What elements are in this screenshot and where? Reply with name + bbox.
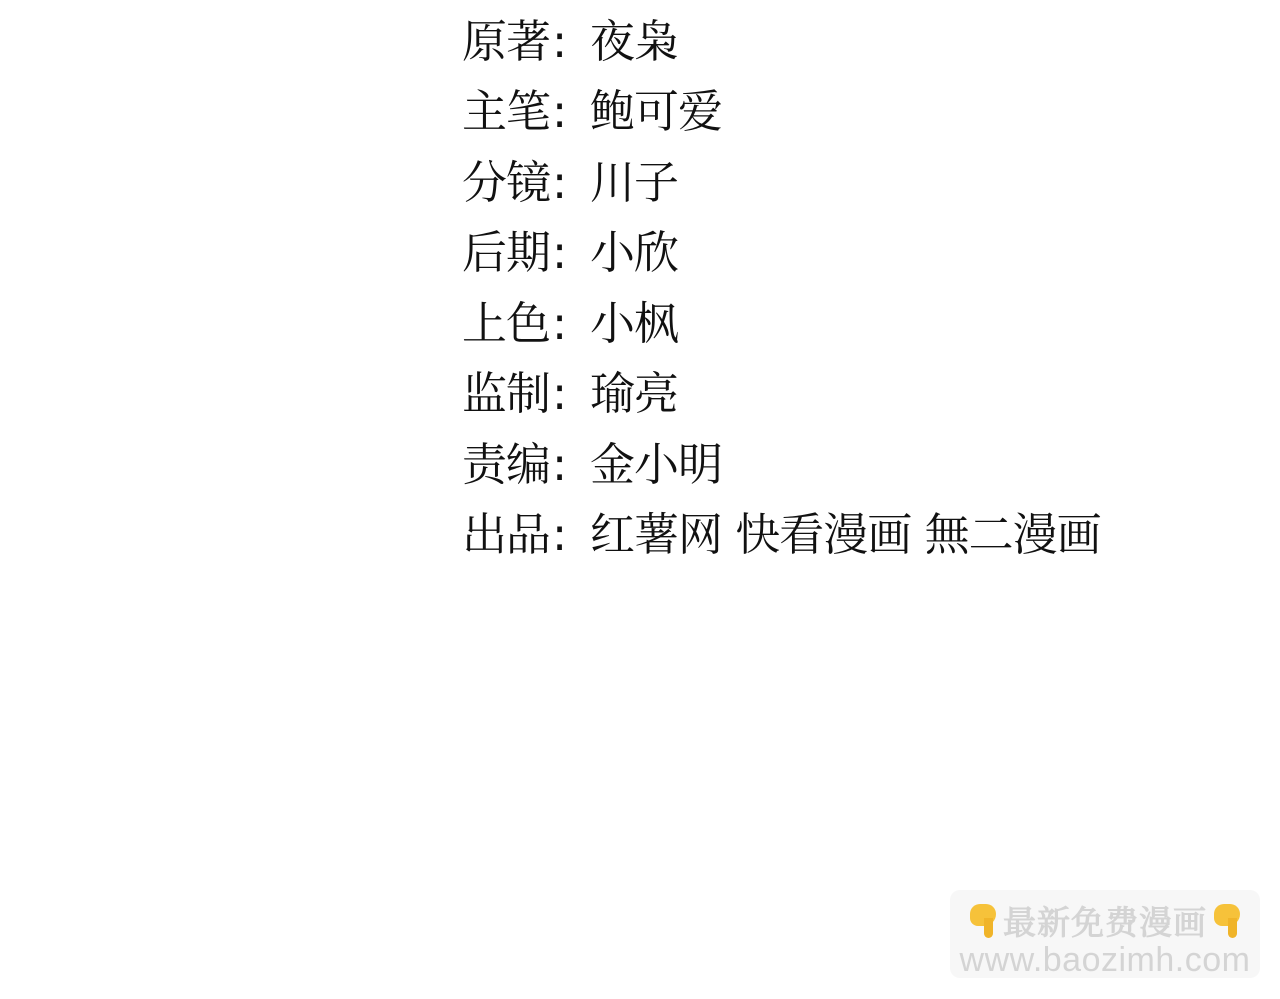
credit-role: 上色 [462, 301, 552, 346]
watermark-banner[interactable]: 最新免费漫画 www.baozimh.com [950, 890, 1260, 978]
credits-list: 原著 : 夜枭 主笔 : 鲍可爱 分镜 : 川子 后期 : 小欣 上色 : 小枫… [462, 6, 1101, 570]
credit-row-post-production: 后期 : 小欣 [462, 218, 1101, 289]
credit-row-producer: 出品 : 红薯网 快看漫画 無二漫画 [462, 500, 1101, 571]
credit-colon: : [552, 230, 590, 275]
credit-role: 主笔 [462, 89, 552, 134]
credit-row-storyboard: 分镜 : 川子 [462, 147, 1101, 218]
credit-colon: : [552, 160, 590, 205]
credit-row-coloring: 上色 : 小枫 [462, 288, 1101, 359]
credit-role: 责编 [462, 442, 552, 487]
credit-row-lead-artist: 主笔 : 鲍可爱 [462, 77, 1101, 148]
credit-name: 金小明 [590, 442, 722, 487]
credit-name: 川子 [590, 160, 678, 205]
credit-row-supervisor: 监制 : 瑜亮 [462, 359, 1101, 430]
pointing-down-hand-icon [1211, 900, 1243, 940]
watermark-tagline: 最新免费漫画 [950, 898, 1260, 942]
credit-name: 瑜亮 [590, 371, 678, 416]
credit-role: 后期 [462, 230, 552, 275]
watermark-url[interactable]: www.baozimh.com [950, 942, 1260, 978]
credit-role: 出品 [462, 512, 552, 557]
credit-row-original-author: 原著 : 夜枭 [462, 6, 1101, 77]
credit-name: 红薯网 快看漫画 無二漫画 [590, 512, 1101, 557]
credit-role: 监制 [462, 371, 552, 416]
credit-name: 小欣 [590, 230, 678, 275]
credit-name: 鲍可爱 [590, 89, 722, 134]
credit-colon: : [552, 301, 590, 346]
credit-role: 原著 [462, 19, 552, 64]
credit-colon: : [552, 512, 590, 557]
watermark-tagline-text: 最新免费漫画 [1003, 897, 1207, 944]
credit-colon: : [552, 371, 590, 416]
credit-role: 分镜 [462, 160, 552, 205]
credit-colon: : [552, 19, 590, 64]
credit-row-editor: 责编 : 金小明 [462, 429, 1101, 500]
credit-name: 小枫 [590, 301, 678, 346]
credit-colon: : [552, 442, 590, 487]
credit-colon: : [552, 89, 590, 134]
credit-name: 夜枭 [590, 19, 678, 64]
pointing-down-hand-icon [967, 900, 999, 940]
